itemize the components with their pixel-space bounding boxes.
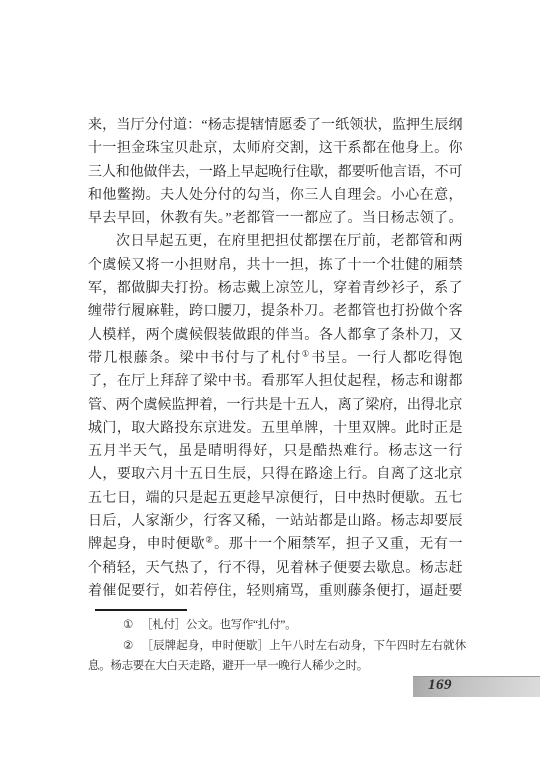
page-number: 169 — [428, 677, 452, 694]
footnote-divider — [95, 609, 187, 611]
footnotes: ①［札付］公文。也写作“扎付”。 ②［辰牌起身，申时便歇］上午八时左右动身，下午… — [88, 615, 466, 677]
text-line: 来，当厅分付道：“杨志提辖情愿委了一纸领状，监押生辰纲 — [88, 114, 462, 137]
text-line: 三人和他做伴去，一路上早起晚行住歇，都要听他言语，不可 — [88, 161, 462, 184]
text-line: 和他鳖拗。夫人处分付的勾当，你三人自理会。小心在意， — [88, 184, 462, 207]
text-line: 带几根藤条。梁中书付与了札付①书呈。一行人都吃得饱 — [88, 347, 462, 370]
annotation-ref: ② — [205, 535, 214, 545]
footnote-2-text: ［辰牌起身，申时便歇］上午八时左右动身，下午四时左右就休息。杨志要在大白天走路，… — [88, 640, 466, 673]
text-line: 人，要取六月十五日生辰，只得在路途上行。自离了这北京 — [88, 463, 462, 486]
book-page: 来，当厅分付道：“杨志提辖情愿委了一纸领状，监押生辰纲十一担金珠宝贝赴京，太师府… — [0, 0, 550, 778]
text-line: 军，都做脚夫打扮。杨志戴上凉笠儿，穿着青纱衫子，系了 — [88, 277, 462, 300]
paragraph-1: 来，当厅分付道：“杨志提辖情愿委了一纸领状，监押生辰纲十一担金珠宝贝赴京，太师府… — [88, 114, 462, 230]
text-line: 日后，人家渐少，行客又稀，一站站都是山路。杨志却要辰 — [88, 510, 462, 533]
footnote-2: ②［辰牌起身，申时便歇］上午八时左右动身，下午四时左右就休息。杨志要在大白天走路… — [88, 636, 466, 677]
footnote-1-marker: ① — [123, 619, 133, 631]
footnote-1: ①［札付］公文。也写作“扎付”。 — [88, 615, 466, 636]
annotation-ref: ① — [302, 348, 312, 358]
text-line: 城门，取大路投东京进发。五里单牌，十里双牌。此时正是 — [88, 417, 462, 440]
text-line: 人模样，两个虞候假装做跟的伴当。各人都拿了条朴刀，又 — [88, 324, 462, 347]
text-line: 个虞候又将一小担财帛，共十一担，拣了十一个壮健的厢禁 — [88, 254, 462, 277]
text-line: 缠带行履麻鞋，跨口腰刀，提条朴刀。老都管也打扮做个客 — [88, 300, 462, 323]
text-line: 管、两个虞候监押着，一行共是十五人，离了梁府，出得北京 — [88, 394, 462, 417]
text-line: 着催促要行，如若停住，轻则痛骂，重则藤条便打，逼赶要 — [88, 580, 462, 603]
paragraph-2: 次日早起五更，在府里把担仗都摆在厅前，老都管和两个虞候又将一小担财帛，共十一担，… — [88, 230, 462, 603]
footnote-2-marker: ② — [123, 640, 133, 652]
main-text: 来，当厅分付道：“杨志提辖情愿委了一纸领状，监押生辰纲十一担金珠宝贝赴京，太师府… — [88, 114, 462, 603]
text-line: 次日早起五更，在府里把担仗都摆在厅前，老都管和两 — [88, 230, 462, 253]
text-line: 早去早回，休教有失。”老都管一一都应了。当日杨志领了。 — [88, 207, 462, 230]
text-line: 个稍轻，天气热了，行不得，见着林子便要去歇息。杨志赶 — [88, 557, 462, 580]
text-line: 五月半天气，虽是晴明得好，只是酷热难行。杨志这一行 — [88, 440, 462, 463]
page-number-bar: 169 — [413, 676, 540, 697]
footnote-1-text: ［札付］公文。也写作“扎付”。 — [141, 619, 296, 631]
text-line: 十一担金珠宝贝赴京，太师府交割，这干系都在他身上。你 — [88, 137, 462, 160]
text-line: 了，在厅上拜辞了梁中书。看那军人担仗起程，杨志和谢都 — [88, 370, 462, 393]
text-line: 牌起身，申时便歇②。那十一个厢禁军，担子又重，无有一 — [88, 533, 462, 556]
text-line: 五七日，端的只是起五更趁早凉便行，日中热时便歇。五七 — [88, 487, 462, 510]
